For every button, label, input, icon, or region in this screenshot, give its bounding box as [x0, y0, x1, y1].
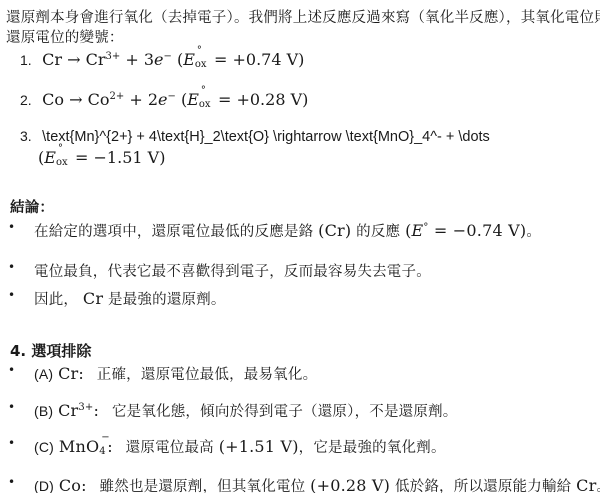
option-a: • (A) Cr: 正確，還原電位最低，最易氧化。: [0, 363, 317, 384]
text: 雖然也是還原劑，但其氧化電位: [100, 479, 306, 493]
reaction-2: 2. Co → Co2+ + 2e− (E°ox = +0.28 V): [20, 90, 308, 109]
electron-symbol: e: [154, 50, 163, 69]
text: 在給定的選項中，還原電位最低的反應是鉻: [34, 224, 313, 240]
text: 電位最負，代表它最不喜歡得到電子，反而最容易失去電子。: [34, 264, 431, 280]
potential-symbol: E: [187, 90, 199, 109]
reaction-3: 3. \text{Mn}^{2+} + 4\text{H}_2\text{O} …: [20, 128, 490, 145]
option-label: (B): [34, 403, 53, 419]
reactant: Cr: [42, 50, 62, 69]
potential-value: = +0.28 V: [218, 90, 302, 109]
potential-value: (+0.28 V): [310, 476, 390, 493]
potential-value: = +0.74 V: [214, 50, 298, 69]
text: 的反應: [356, 224, 400, 240]
option-label: (C): [34, 439, 54, 455]
bullet-icon: •: [8, 363, 15, 377]
text: 低於鉻，所以還原能力輸給: [395, 479, 571, 493]
electron-coefficient: + 3: [125, 50, 154, 69]
electron-charge: −: [167, 91, 175, 102]
bullet-icon: •: [8, 475, 15, 489]
text: 正確，還原電位最低，最易氧化。: [97, 367, 318, 383]
bullet-icon: •: [8, 220, 15, 234]
text: ，它是最強的氧化劑。: [299, 440, 446, 456]
species: Co: [59, 476, 81, 493]
product: Cr: [86, 50, 106, 69]
list-number: 2.: [20, 92, 32, 108]
species: MnO−4:: [59, 437, 113, 456]
intro-line-1: 還原劑本身會進行氧化（去掉電子）。我們將上述反應反過來寫（氧化半反應），其氧化電…: [6, 6, 600, 27]
text: 。: [596, 479, 600, 493]
bullet-icon: •: [8, 436, 15, 450]
bullet-icon: •: [8, 260, 15, 274]
text: 是最強的還原劑。: [108, 292, 226, 308]
charge: 3+: [106, 51, 121, 62]
conclusion-heading: 結論：: [10, 196, 54, 217]
conclusion-bullet-2: • 電位最負，代表它最不喜歡得到電子，反而最容易失去電子。: [0, 260, 431, 281]
ox-subscript: ox: [195, 59, 207, 70]
electron-coefficient: + 2: [129, 90, 158, 109]
list-number: 3.: [20, 128, 32, 144]
text: 還原電位最高: [126, 440, 214, 456]
potential-symbol: E: [183, 50, 195, 69]
option-d: • (D) Co: 雖然也是還原劑，但其氧化電位 (+0.28 V) 低於鉻，所…: [0, 475, 600, 493]
potential-symbol: E: [44, 148, 56, 167]
option-b: • (B) Cr3+: 它是氧化態，傾向於得到電子（還原），不是還原劑。: [0, 400, 458, 421]
arrow-icon: →: [67, 50, 80, 69]
bullet-icon: •: [8, 400, 15, 414]
product: Co: [88, 90, 110, 109]
intro-line-2: 還原電位的變號：: [6, 26, 124, 47]
option-c: • (C) MnO−4: 還原電位最高 (+1.51 V)，它是最強的氧化劑。: [0, 436, 446, 457]
conclusion-bullet-1: • 在給定的選項中，還原電位最低的反應是鉻 (Cr) 的反應 (E° = −0.…: [0, 220, 600, 241]
text: 它是氧化態，傾向於得到電子（還原），不是還原劑。: [112, 404, 458, 420]
reaction-3-potential: (E°ox = −1.51 V): [38, 148, 165, 167]
raw-latex: \text{Mn}^{2+} + 4\text{H}_2\text{O} \ri…: [42, 129, 490, 145]
species: (Cr): [318, 221, 351, 240]
conclusion-bullet-3: • 因此， Cr 是最強的還原劑。: [0, 288, 226, 309]
bullet-icon: •: [8, 288, 15, 302]
potential: (E° = −0.74 V): [405, 221, 526, 240]
species: Cr: [576, 476, 596, 493]
option-label: (A): [34, 366, 53, 382]
degree-mark: °: [58, 143, 63, 154]
species: Cr: [58, 364, 78, 383]
charge: 2+: [109, 91, 124, 102]
electron-charge: −: [164, 51, 172, 62]
species: Cr3+:: [58, 401, 99, 420]
ox-subscript: ox: [199, 99, 211, 110]
potential-value: = −1.51 V: [75, 148, 159, 167]
reaction-1: 1. Cr → Cr3+ + 3e− (E°ox = +0.74 V): [20, 50, 304, 69]
elimination-heading: 4. 選項排除: [10, 340, 91, 361]
text: 因此，: [34, 292, 78, 308]
species: Cr: [83, 289, 103, 308]
list-number: 1.: [20, 52, 32, 68]
text: 。: [526, 224, 541, 240]
option-label: (D): [34, 478, 54, 493]
degree-mark: °: [197, 45, 202, 56]
potential-value: (+1.51 V): [219, 437, 299, 456]
reactant: Co: [42, 90, 64, 109]
degree-mark: °: [201, 85, 206, 96]
arrow-icon: →: [69, 90, 82, 109]
ox-subscript: ox: [56, 157, 68, 168]
